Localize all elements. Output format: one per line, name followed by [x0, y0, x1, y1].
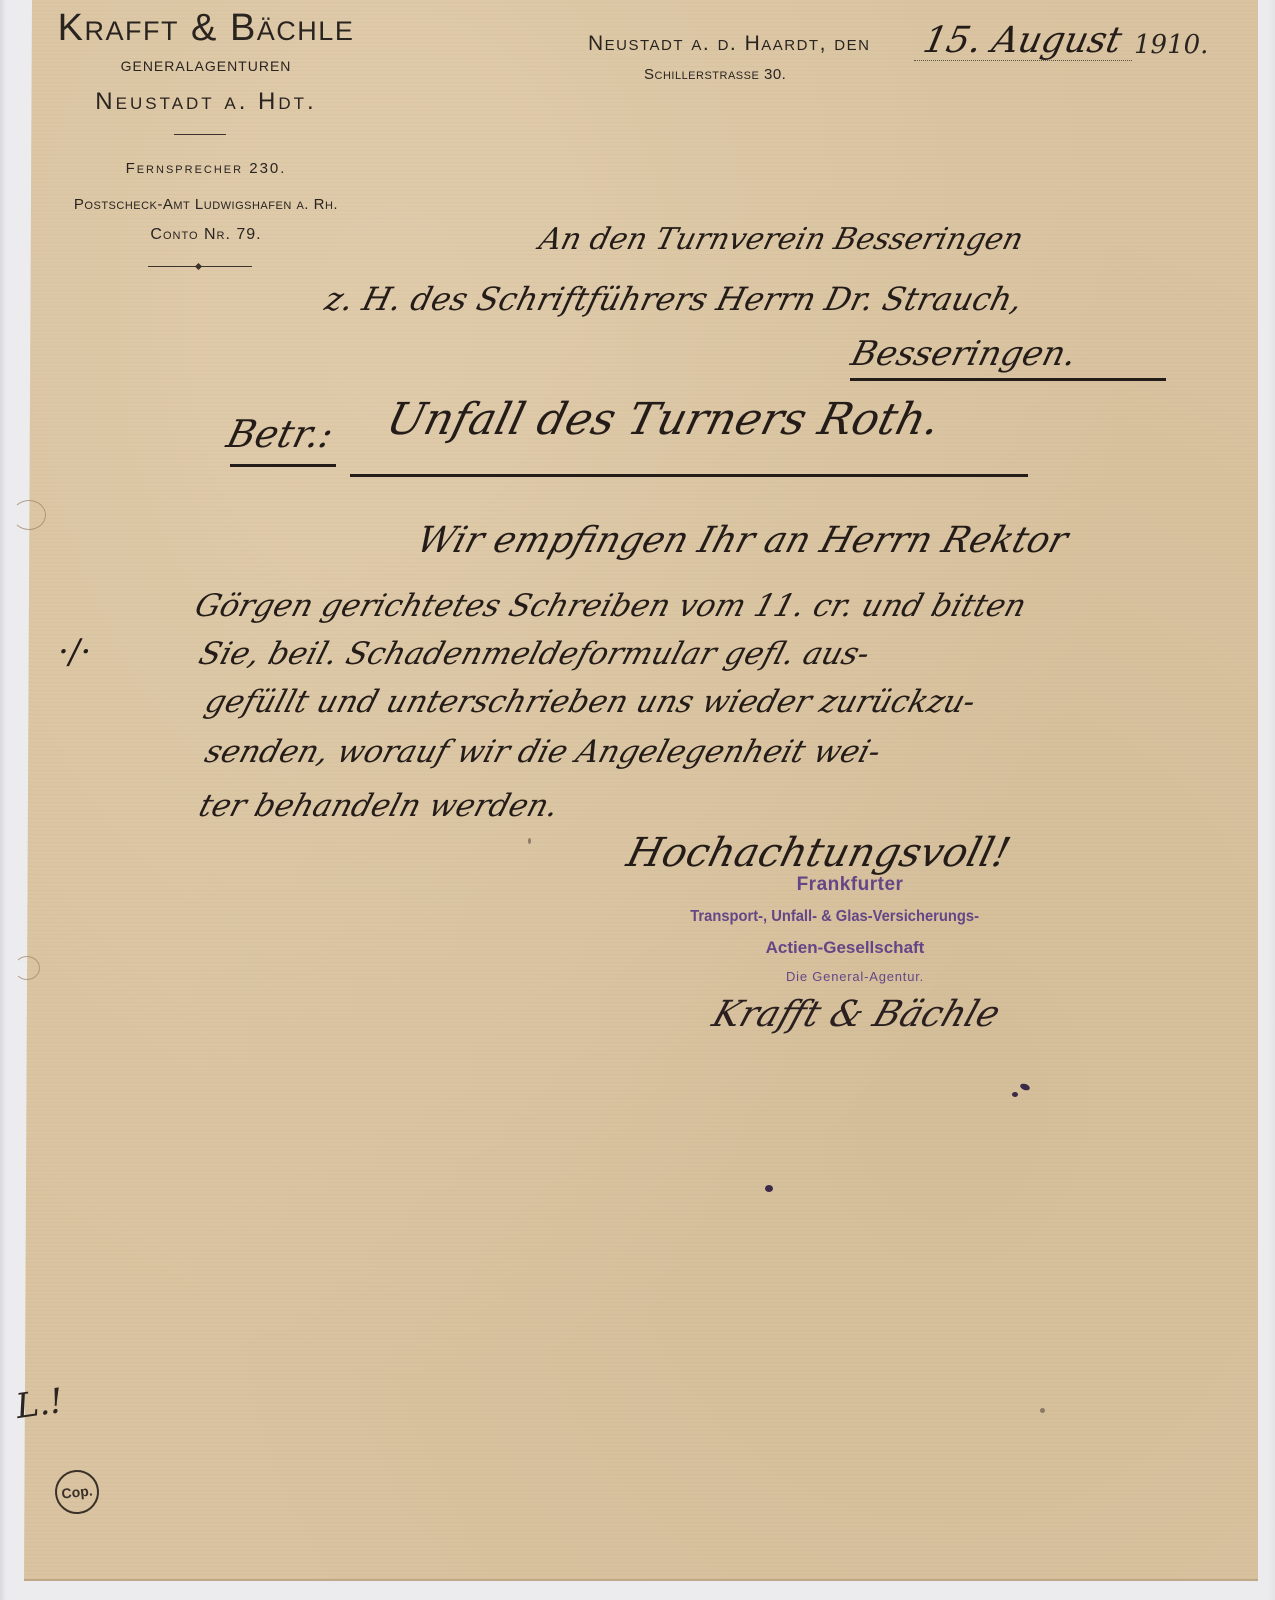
body-line: Wir empfingen Ihr an Herrn Rektor [412, 520, 1072, 561]
closing-salutation: Hochachtungsvoll! [622, 830, 1015, 876]
body-line: senden, worauf wir die Angelegenheit wei… [201, 734, 885, 770]
telephone-number: Fernsprecher 230. [36, 160, 376, 177]
stamp-line-2: Transport-, Unfall- & Glas-Versicherungs… [646, 908, 1023, 926]
body-line: Sie, beil. Schadenmeldeformular gefl. au… [195, 636, 874, 672]
signature: Krafft & Bächle [707, 994, 1005, 1035]
company-name: Krafft & Bächle [36, 6, 376, 50]
stamp-line-3: Actien-Gesellschaft [700, 938, 990, 958]
stamp-line-4: Die General-Agentur. [740, 969, 970, 984]
stamp-line-1: Frankfurter [760, 874, 940, 896]
recipient-city: Besseringen. [847, 334, 1081, 374]
punch-hole-mark [14, 956, 40, 980]
letterhead-divider [174, 134, 226, 135]
paper-speck [528, 838, 531, 844]
body-line: Görgen gerichtetes Schreiben vom 11. cr.… [191, 588, 1031, 624]
subject-text: Unfall des Turners Roth. [382, 394, 946, 445]
punch-hole-mark [12, 500, 46, 530]
subject-underline [350, 474, 1028, 477]
year: 1910. [1134, 30, 1208, 60]
place-line: Neustadt a. d. Haardt, den [588, 32, 870, 56]
ink-blot [765, 1185, 773, 1192]
recipient-line-2: z. H. des Schriftführers Herrn Dr. Strau… [321, 280, 1026, 318]
postcheck-office: Postscheck-Amt Ludwigshafen a. Rh. [36, 196, 376, 213]
subject-label: Betr.: [223, 412, 339, 456]
body-line: gefüllt und unterschrieben uns wieder zu… [201, 684, 980, 720]
street-address: Schillerstrasse 30. [644, 66, 786, 83]
paper-speck [1040, 1408, 1045, 1413]
enclosure-mark: ·/· [54, 632, 94, 672]
company-city: Neustadt a. Hdt. [36, 88, 376, 116]
recipient-underline [850, 378, 1166, 381]
ornamental-divider [148, 266, 252, 267]
account-number: Conto Nr. 79. [36, 226, 376, 244]
subject-label-underline [230, 464, 336, 467]
copy-stamp-label: Cop. [61, 1482, 94, 1501]
recipient-line-1: An den Turnverein Besseringen [536, 222, 1027, 257]
margin-initial: L.! [13, 1381, 65, 1427]
body-line: ter behandeln werden. [195, 788, 563, 824]
company-subtitle: GENERALAGENTUREN [36, 58, 376, 74]
handwritten-date: 15. August [920, 20, 1126, 61]
ink-blot [1012, 1092, 1018, 1097]
